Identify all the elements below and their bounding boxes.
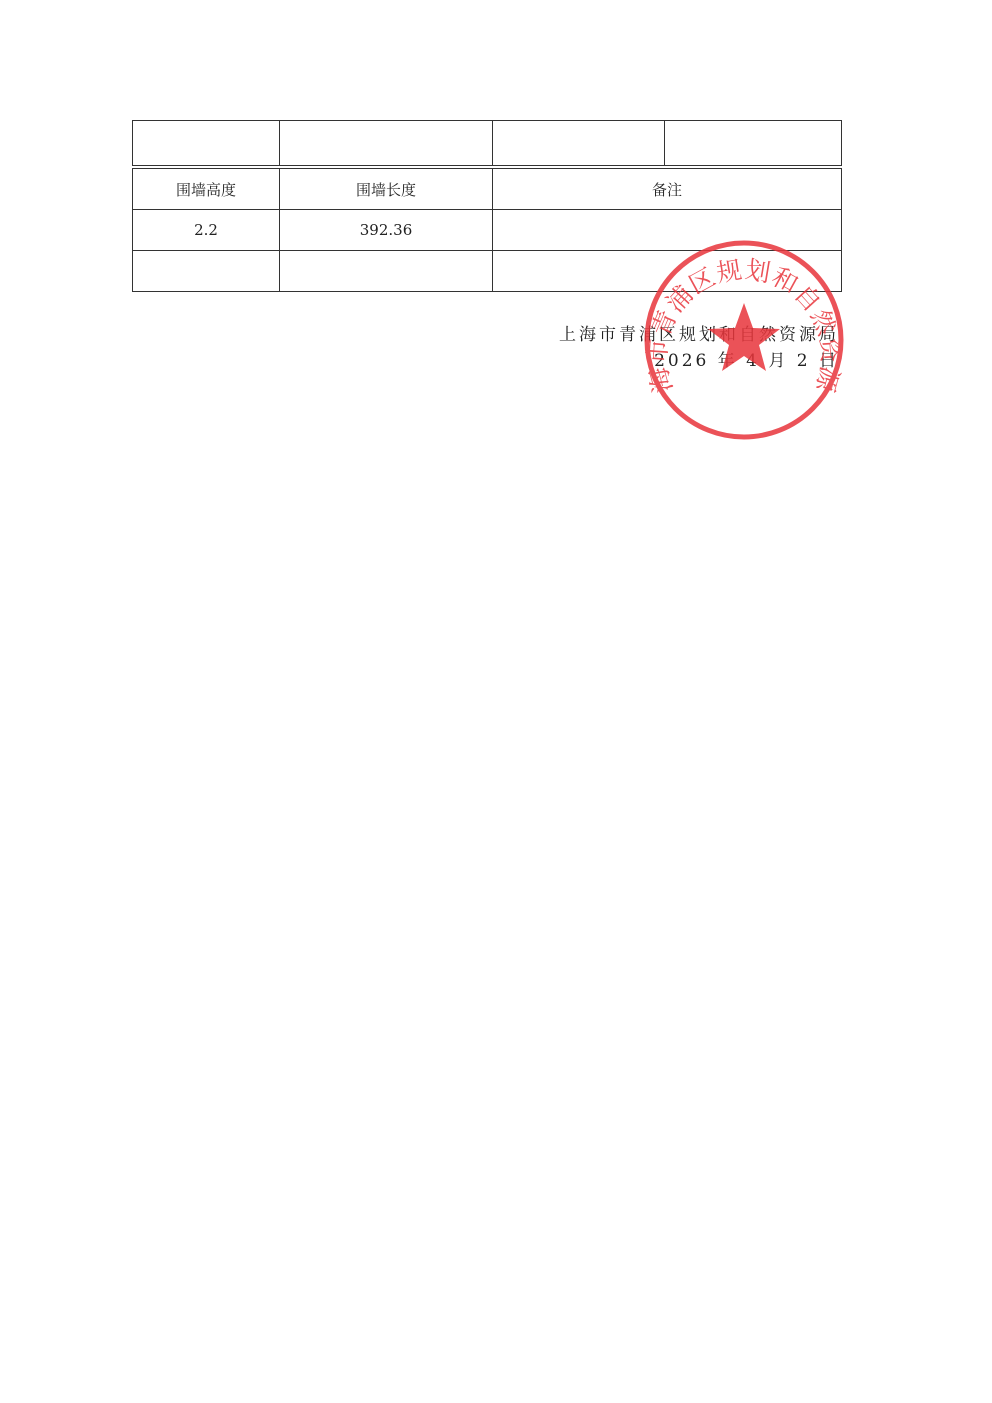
header-remarks: 备注 [493, 169, 842, 210]
table-row [133, 121, 842, 166]
table-cell [280, 251, 493, 292]
cell-wall-length: 392.36 [280, 210, 493, 251]
signature-date: 2026 年 4 月 2 日 [654, 346, 839, 371]
table-cell [133, 251, 280, 292]
header-wall-height: 围墙高度 [133, 169, 280, 210]
top-table [132, 120, 842, 166]
table-header-row: 围墙高度 围墙长度 备注 [133, 169, 842, 210]
table-cell [493, 251, 842, 292]
signature-organization: 上海市青浦区规划和自然资源局 [559, 320, 839, 345]
table-row: 2.2 392.36 [133, 210, 842, 251]
table-cell [280, 121, 493, 166]
header-wall-length: 围墙长度 [280, 169, 493, 210]
table-cell [493, 121, 665, 166]
table-cell [665, 121, 842, 166]
cell-wall-height: 2.2 [133, 210, 280, 251]
cell-remarks [493, 210, 842, 251]
wall-table: 围墙高度 围墙长度 备注 2.2 392.36 [132, 168, 842, 292]
table-cell [133, 121, 280, 166]
table-row [133, 251, 842, 292]
